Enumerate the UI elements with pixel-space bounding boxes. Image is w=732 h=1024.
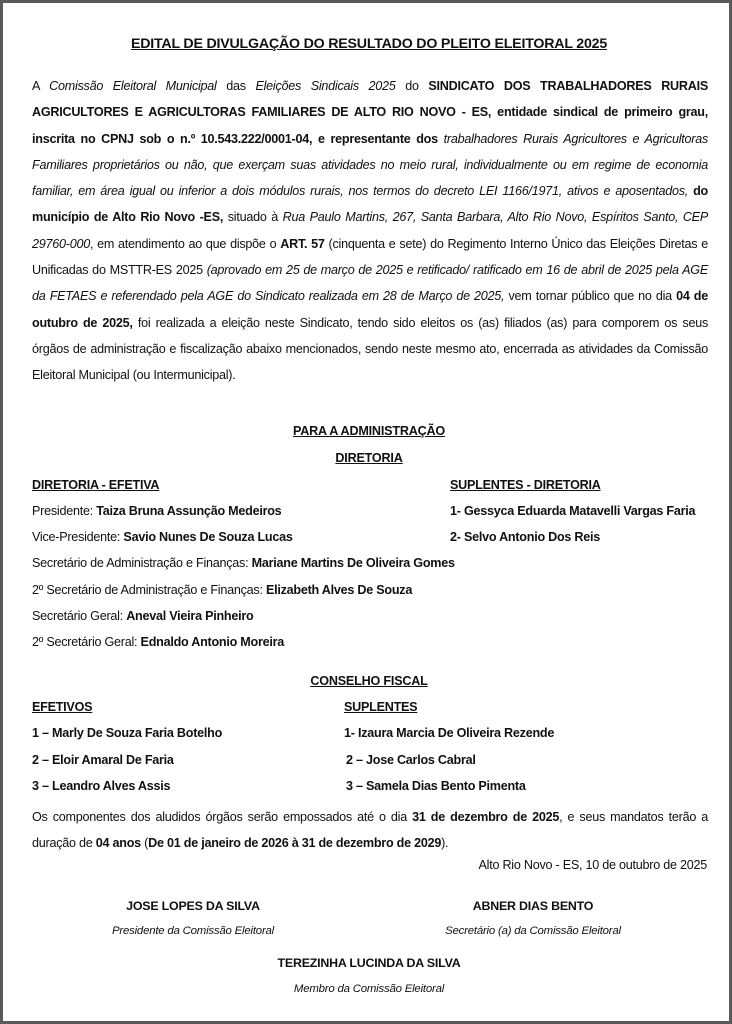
place-date: Alto Rio Novo - ES, 10 de outubro de 202… [479, 858, 707, 872]
board-member: 2º Secretário Geral: Ednaldo Antonio Mor… [32, 635, 284, 649]
member-name: Aneval Vieira Pinheiro [126, 609, 253, 623]
role-label: Secretário de Administração e Finanças: [32, 556, 252, 570]
role-label: Presidente: [32, 504, 96, 518]
board-substitute: 2- Selvo Antonio Dos Reis [450, 530, 600, 544]
member-name: 3 – Leandro Alves Assis [32, 779, 170, 793]
fiscal-substitute: 3 – Samela Dias Bento Pimenta [346, 779, 526, 793]
intro-paragraph: A Comissão Eleitoral Municipal das Eleiç… [32, 73, 708, 389]
member-name: Taiza Bruna Assunção Medeiros [96, 504, 281, 518]
intro-text: foi realizada a eleição neste Sindicato,… [32, 316, 708, 383]
substitute-name: 1- Izaura Marcia De Oliveira Rezende [344, 726, 554, 740]
role-label: 2º Secretário de Administração e Finança… [32, 583, 266, 597]
signature-name: ABNER DIAS BENTO [383, 899, 683, 913]
substitute-name: 2- Selvo Antonio Dos Reis [450, 530, 600, 544]
signature-name: TEREZINHA LUCINDA DA SILVA [3, 956, 732, 970]
member-name: Savio Nunes De Souza Lucas [123, 530, 292, 544]
closing-text: ). [441, 836, 448, 850]
board-substitutes-heading: SUPLENTES - DIRETORIA [450, 478, 601, 492]
board-heading: DIRETORIA [3, 451, 732, 465]
role-label: 2º Secretário Geral: [32, 635, 141, 649]
intro-italic: Eleições Sindicais 2025 [255, 79, 395, 93]
fiscal-council-heading: CONSELHO FISCAL [3, 674, 732, 688]
term-duration: 04 anos [96, 836, 141, 850]
substitute-name: 3 – Samela Dias Bento Pimenta [346, 779, 526, 793]
fiscal-substitute: 1- Izaura Marcia De Oliveira Rezende [344, 726, 554, 740]
board-effective-heading: DIRETORIA - EFETIVA [32, 478, 159, 492]
board-member: Secretário de Administração e Finanças: … [32, 556, 455, 570]
member-name: Elizabeth Alves De Souza [266, 583, 412, 597]
signature-role: Presidente da Comissão Eleitoral [43, 925, 343, 937]
document-title: EDITAL DE DIVULGAÇÃO DO RESULTADO DO PLE… [3, 36, 732, 52]
administration-heading: PARA A ADMINISTRAÇÃO [3, 424, 732, 438]
member-name: Ednaldo Antonio Moreira [141, 635, 285, 649]
intro-text: das [217, 79, 256, 93]
closing-paragraph: Os componentes dos aludidos órgãos serão… [32, 804, 708, 856]
role-label: Secretário Geral: [32, 609, 126, 623]
member-name: 1 – Marly De Souza Faria Botelho [32, 726, 222, 740]
document-page: EDITAL DE DIVULGAÇÃO DO RESULTADO DO PLE… [0, 0, 732, 1024]
term-period: De 01 de janeiro de 2026 à 31 de dezembr… [148, 836, 441, 850]
signature-name: JOSE LOPES DA SILVA [43, 899, 343, 913]
inauguration-date: 31 de dezembro de 2025 [412, 810, 559, 824]
board-member: Secretário Geral: Aneval Vieira Pinheiro [32, 609, 253, 623]
fiscal-member: 3 – Leandro Alves Assis [32, 779, 170, 793]
role-label: Vice-Presidente: [32, 530, 123, 544]
intro-text: do [396, 79, 429, 93]
substitute-name: 2 – Jose Carlos Cabral [346, 753, 476, 767]
intro-text: , em atendimento ao que dispõe o [90, 237, 280, 251]
board-member: 2º Secretário de Administração e Finança… [32, 583, 412, 597]
fiscal-substitutes-heading: SUPLENTES [344, 700, 417, 714]
intro-text: vem tornar público que no dia [504, 289, 676, 303]
board-member: Presidente: Taiza Bruna Assunção Medeiro… [32, 504, 281, 518]
fiscal-member: 2 – Eloir Amaral De Faria [32, 753, 174, 767]
article-ref: ART. 57 [280, 237, 324, 251]
closing-text: Os componentes dos aludidos órgãos serão… [32, 810, 412, 824]
member-name: Mariane Martins De Oliveira Gomes [252, 556, 455, 570]
fiscal-effective-heading: EFETIVOS [32, 700, 92, 714]
intro-italic: Comissão Eleitoral Municipal [49, 79, 217, 93]
signature-role: Membro da Comissão Eleitoral [3, 983, 732, 995]
intro-text: situado à [223, 210, 283, 224]
intro-text: A [32, 79, 49, 93]
member-name: 2 – Eloir Amaral De Faria [32, 753, 174, 767]
board-member: Vice-Presidente: Savio Nunes De Souza Lu… [32, 530, 293, 544]
fiscal-substitute: 2 – Jose Carlos Cabral [346, 753, 476, 767]
fiscal-member: 1 – Marly De Souza Faria Botelho [32, 726, 222, 740]
substitute-name: 1- Gessyca Eduarda Matavelli Vargas Fari… [450, 504, 695, 518]
signature-role: Secretário (a) da Comissão Eleitoral [383, 925, 683, 937]
board-substitute: 1- Gessyca Eduarda Matavelli Vargas Fari… [450, 504, 695, 518]
